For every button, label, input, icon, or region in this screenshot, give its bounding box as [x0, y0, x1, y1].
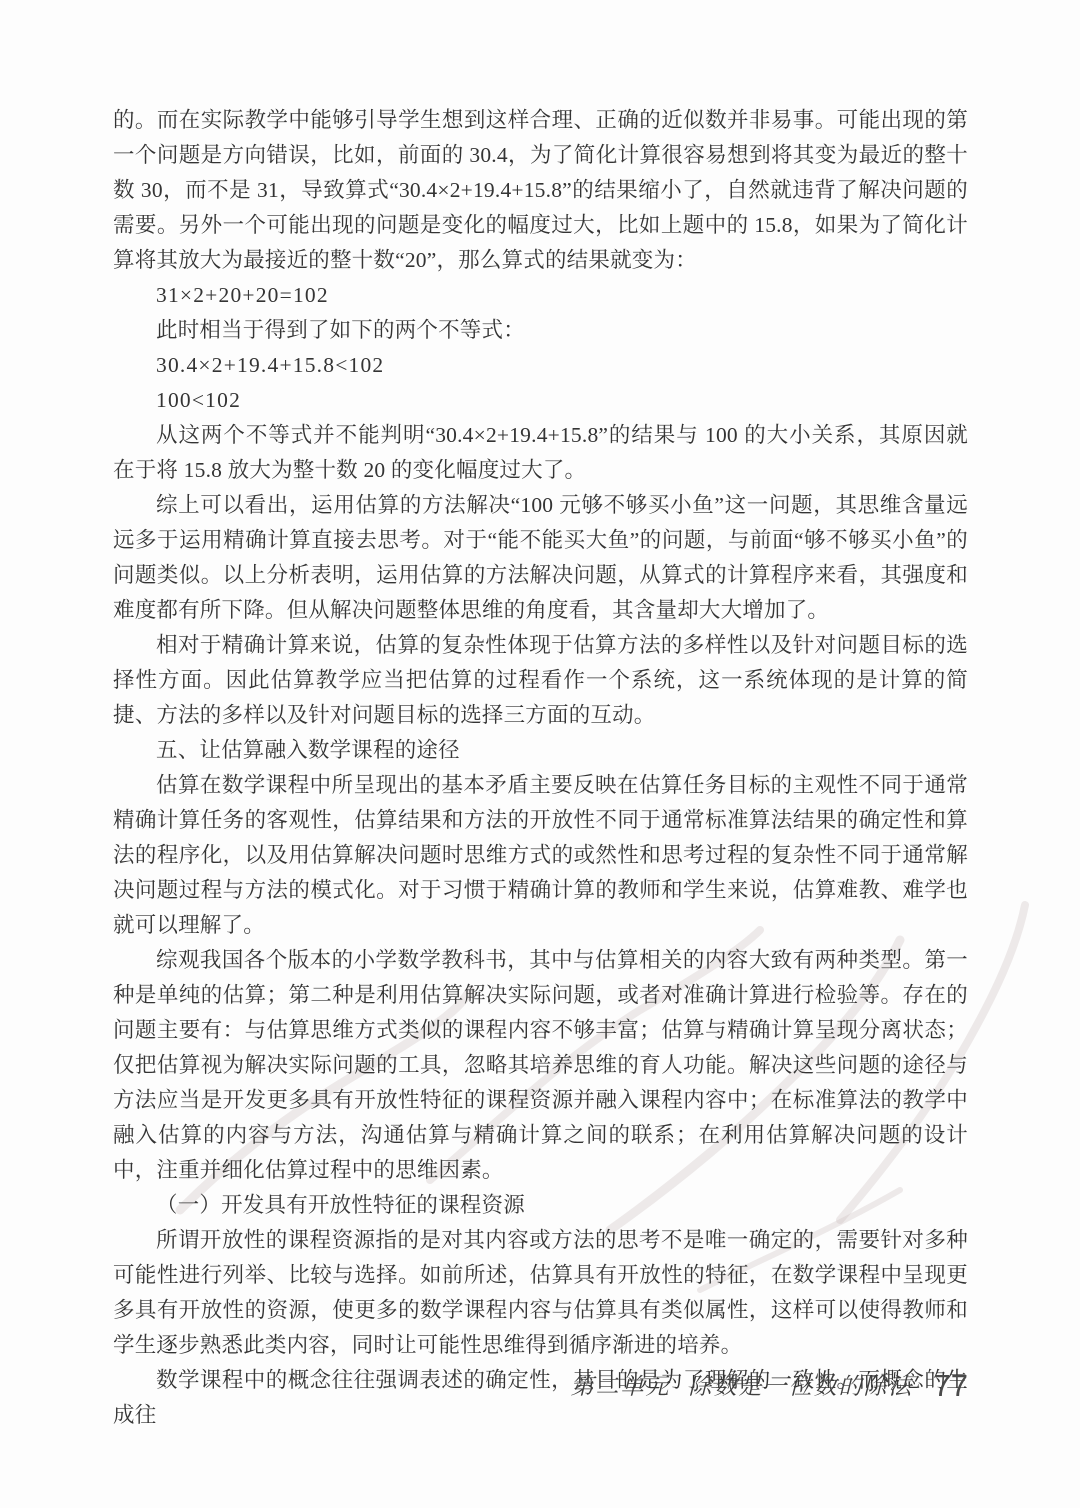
paragraph-open-resources: 所谓开放性的课程资源指的是对其内容或方法的思考不是唯一确定的，需要针对多种可能性… — [113, 1223, 968, 1363]
footer-section-label: 第二单元 — [571, 1374, 671, 1399]
footer-page-number: 77 — [934, 1368, 968, 1403]
paragraph-continuation: 的。而在实际教学中能够引导学生想到这样合理、正确的近似数并非易事。可能出现的第一… — [113, 103, 968, 278]
formula-line-1: 31×2+20+20=102 — [113, 278, 968, 313]
footer-chapter-title: 除数是一位数的除法 — [689, 1374, 914, 1399]
section-heading-5: 五、让估算融入数学课程的途径 — [113, 733, 968, 768]
paragraph-inequalities-intro: 此时相当于得到了如下的两个不等式： — [113, 313, 968, 348]
paragraph-textbook-survey: 综观我国各个版本的小学数学教科书，其中与估算相关的内容大致有两种类型。第一种是单… — [113, 943, 968, 1188]
subsection-heading-1: （一）开发具有开放性特征的课程资源 — [113, 1188, 968, 1223]
book-page: 的。而在实际教学中能够引导学生想到这样合理、正确的近似数并非易事。可能出现的第一… — [0, 0, 1080, 1508]
paragraph-inequality-analysis: 从这两个不等式并不能判明“30.4×2+19.4+15.8”的结果与 100 的… — [113, 418, 968, 488]
paragraph-estimation-system: 相对于精确计算来说，估算的复杂性体现于估算方法的多样性以及针对问题目标的选择性方… — [113, 628, 968, 733]
formula-line-3: 100<102 — [113, 383, 968, 418]
paragraph-summary: 综上可以看出，运用估算的方法解决“100 元够不够买小鱼”这一问题，其思维含量远… — [113, 488, 968, 628]
paragraph-basic-contradiction: 估算在数学课程中所呈现出的基本矛盾主要反映在估算任务目标的主观性不同于通常精确计… — [113, 768, 968, 943]
page-footer: 第二单元除数是一位数的除法77 — [571, 1368, 968, 1404]
formula-line-2: 30.4×2+19.4+15.8<102 — [113, 348, 968, 383]
page-content: 的。而在实际教学中能够引导学生想到这样合理、正确的近似数并非易事。可能出现的第一… — [113, 103, 968, 1433]
